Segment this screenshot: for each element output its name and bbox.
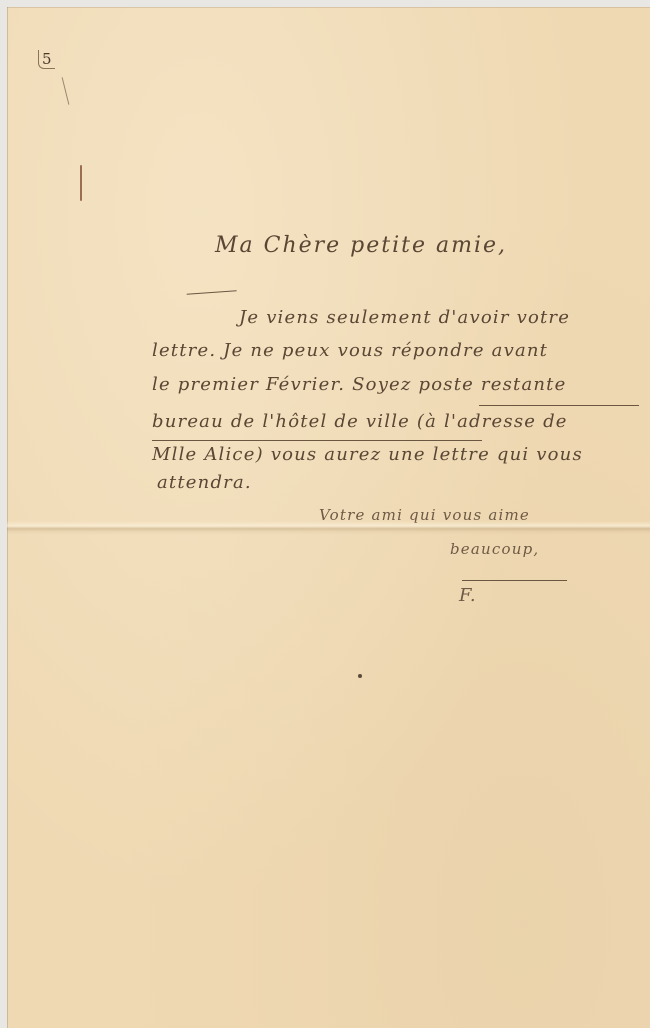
ink-spot <box>358 674 362 678</box>
underline-bureau <box>152 440 482 441</box>
body-line-3: le premier Février. Soyez poste restante <box>152 374 566 395</box>
body-line-5: Mlle Alice) vous aurez une lettre qui vo… <box>152 444 583 465</box>
letter-page: 5 Ma Chère petite amie, Je viens seuleme… <box>7 7 650 1028</box>
underline-poste-restante <box>479 405 639 406</box>
salutation: Ma Chère petite amie, <box>215 233 507 258</box>
fold-crease <box>7 521 650 535</box>
pencil-mark <box>62 77 70 104</box>
body-line-4: bureau de l'hôtel de ville (à l'adresse … <box>152 411 568 432</box>
closing-line-2: beaucoup, <box>450 540 539 558</box>
signature-flourish <box>462 580 567 581</box>
signature: F. <box>459 585 477 606</box>
ink-stroke-mark <box>80 165 82 201</box>
body-line-6: attendra. <box>157 472 252 493</box>
pen-flourish <box>187 290 238 304</box>
body-line-2: lettre. Je ne peux vous répondre avant <box>152 340 548 361</box>
page-number: 5 <box>38 50 55 69</box>
body-line-1: Je viens seulement d'avoir votre <box>239 307 570 328</box>
